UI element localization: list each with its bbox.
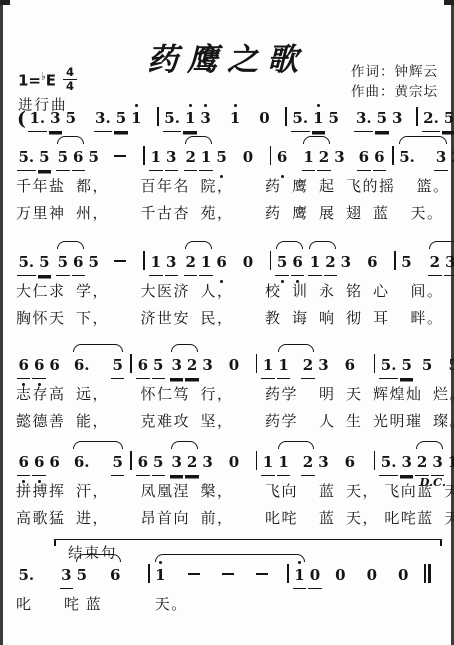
note: 6: [291, 250, 304, 276]
note: 6: [366, 250, 379, 275]
note: 5: [400, 353, 413, 379]
note: 1: [446, 450, 454, 475]
spacer: [414, 266, 427, 267]
spacer: [168, 579, 186, 580]
spacer: [414, 369, 419, 370]
barline-thin: [392, 146, 394, 165]
note: 6: [17, 353, 30, 379]
slur-arc: [416, 441, 443, 449]
spacer: [358, 466, 369, 467]
slur-group: 12: [307, 250, 338, 276]
barline-thin: [424, 564, 426, 583]
note: 5: [275, 250, 288, 276]
barline: [268, 146, 272, 173]
slur-group: 6.5: [71, 353, 125, 379]
note: 2: [301, 450, 314, 476]
note: 2: [415, 450, 428, 476]
barline: [372, 451, 376, 478]
spacer: [272, 122, 280, 123]
note: 0: [365, 563, 378, 588]
note: 6: [357, 145, 370, 171]
note: 6: [215, 250, 228, 275]
note: 2.: [422, 106, 441, 132]
slur-arc: [57, 136, 84, 144]
slur-arc: [309, 241, 336, 249]
spacer: [417, 161, 433, 162]
barline: [128, 451, 132, 478]
spacer: [79, 122, 93, 123]
lyric-line: 志存高 远， 怀仁笃 行， 药学 明 天 辉煌灿 烂。: [16, 385, 446, 406]
slur-group: 12: [276, 450, 316, 476]
note: 3: [170, 450, 183, 476]
octave-dot-up: [298, 561, 301, 564]
note: 0: [334, 563, 347, 588]
note: 5: [64, 106, 77, 131]
note: 5: [375, 106, 388, 132]
slur-arc: [278, 344, 314, 352]
note: 3: [391, 106, 404, 131]
lyric-line: 胸怀天 下， 济世安 民， 教 诲 响 彻 耳 畔。: [16, 309, 446, 330]
note: 3: [165, 145, 178, 171]
note: 3: [49, 106, 62, 132]
note: 1: [261, 450, 274, 476]
slur-arc: [185, 241, 212, 249]
octave-dot-down: [281, 280, 284, 283]
note: 1: [199, 250, 212, 276]
final-barline: [422, 564, 431, 591]
key-prefix: 1=: [18, 72, 41, 90]
note: 0: [397, 563, 410, 588]
lyric-line: 拼搏挥 汗， 凤凰涅 槃， 飞向 蓝 天， 飞向蓝 天。: [16, 482, 446, 503]
notation-row: 6666.5653230112365.32310: [16, 450, 446, 476]
note: 5: [442, 106, 454, 132]
spacer: [213, 122, 227, 123]
spacer: [92, 369, 110, 370]
spacer: [291, 466, 300, 467]
octave-dot-up: [234, 104, 237, 107]
spacer: [354, 266, 365, 267]
system-6: 结束句5.356110000叱 咤 蓝 天。: [16, 539, 446, 616]
note: 3: [431, 450, 444, 476]
slur-group: 11: [153, 563, 308, 591]
dash-note: [222, 573, 234, 575]
octave-dot-up: [159, 561, 162, 564]
barline: [146, 564, 150, 591]
spacer: [101, 161, 112, 162]
slur-group: 21: [183, 250, 214, 276]
spacer: [291, 369, 300, 370]
spacer: [290, 161, 301, 162]
spacer: [331, 466, 342, 467]
parenthesis: (: [17, 108, 26, 130]
note: 5.: [163, 106, 182, 132]
note: 2: [301, 353, 314, 379]
barline-thick: [428, 564, 431, 583]
spacer: [348, 579, 364, 580]
lyric-line: 叱 咤 蓝 天。: [16, 595, 446, 616]
barline: [414, 107, 418, 134]
barline: [254, 354, 258, 381]
slur-group: 56: [55, 145, 86, 171]
barline: [254, 451, 258, 478]
note: 3.: [94, 106, 113, 132]
slur-group: 12: [301, 145, 332, 171]
note: 1: [149, 250, 162, 276]
barline: [141, 251, 145, 278]
slur-group: 56: [274, 250, 305, 276]
spacer: [62, 369, 71, 370]
spacer: [347, 161, 356, 162]
ending-bracket-tick-left: [54, 539, 56, 546]
spacer: [341, 122, 353, 123]
note: 3: [317, 353, 330, 378]
note: 3: [317, 450, 330, 475]
note: 1: [308, 250, 321, 276]
note: 5: [447, 353, 454, 378]
slur-arc: [171, 441, 198, 449]
spacer: [144, 122, 152, 123]
barline-thin: [270, 251, 272, 270]
slur-group: 56: [74, 563, 123, 588]
note: 3: [201, 450, 214, 475]
note: 5: [215, 145, 228, 170]
barline-thin: [143, 251, 145, 270]
spacer: [62, 466, 71, 467]
ending-bracket-line: [54, 539, 442, 540]
slur-arc: [155, 554, 306, 562]
barline-thin: [256, 354, 258, 373]
note: 6: [32, 450, 45, 476]
note: 5: [75, 563, 88, 588]
note: 2: [185, 450, 198, 476]
barline-thin: [157, 107, 159, 126]
photo-corner-left: [0, 0, 10, 5]
note: 5.: [379, 353, 398, 379]
key-note: E: [46, 72, 56, 90]
note: 6: [373, 145, 386, 171]
note: 6: [343, 353, 356, 378]
spacer: [242, 466, 251, 467]
slur-arc: [276, 241, 303, 249]
spacer: [243, 122, 257, 123]
spacer: [128, 266, 138, 267]
note: 1: [154, 563, 167, 588]
barline: [155, 107, 159, 134]
note: 2: [324, 250, 337, 276]
note: 6: [343, 450, 356, 475]
barline-thin: [287, 564, 289, 583]
note: 5: [38, 145, 51, 171]
note: 5.: [398, 145, 417, 170]
barline: [392, 251, 396, 278]
notation-row: (1.353.515.13105.153.532.510): [16, 106, 446, 132]
note: 1: [228, 106, 241, 131]
spacer: [256, 266, 265, 267]
note: 5.: [17, 563, 36, 588]
barline: [390, 146, 394, 173]
system-3: 5.556513216056123652310大仁求 学， 大医济 人， 校 训…: [16, 250, 446, 330]
spacer: [202, 579, 220, 580]
note: 6.: [72, 450, 91, 475]
note: 5: [56, 250, 69, 276]
slur-group: 5.3: [397, 145, 449, 171]
note: 1: [293, 563, 306, 589]
note: 1: [183, 106, 196, 132]
barline-thin: [416, 107, 418, 126]
barline: [141, 146, 145, 173]
slur-group: 21: [183, 145, 214, 171]
notation-row: 5.55651321506123665.320: [16, 145, 446, 171]
note: 3: [165, 250, 178, 276]
slur-arc: [73, 441, 123, 449]
slur-group: 12: [276, 353, 316, 379]
note: 5.: [17, 145, 36, 171]
photo-edge-left: [0, 0, 3, 645]
lyric-line: 懿德善 能， 克难攻 坚， 药学 人 生 光明璀 璨。: [16, 412, 446, 433]
spacer: [92, 466, 110, 467]
notation-row: 5.356110000: [16, 563, 446, 589]
octave-dot-up: [189, 104, 192, 107]
spacer: [242, 369, 251, 370]
barline-thin: [270, 146, 272, 165]
spacer: [37, 579, 59, 580]
key-signature: 1=♭E44: [18, 66, 77, 92]
note: 1: [130, 106, 143, 131]
slur-group: 6.5: [71, 450, 125, 476]
note: 1: [149, 145, 162, 171]
slur-arc: [76, 554, 121, 562]
note: 3: [201, 353, 214, 378]
barline: [285, 564, 289, 591]
note: 0: [258, 106, 271, 131]
photo-corner-right: [444, 0, 454, 5]
note: 6: [48, 450, 61, 475]
note: 6: [48, 353, 61, 378]
slur-group: 32: [169, 450, 200, 476]
system-4: 6666.5653230112365.5550志存高 远， 怀仁笃 行， 药学 …: [16, 353, 446, 433]
credits: 作词：钟辉云 作曲：黄宗坛: [351, 62, 438, 103]
note: 5: [152, 353, 165, 379]
system-1: (1.353.515.13105.153.532.510): [16, 106, 446, 132]
note: 1: [302, 145, 315, 171]
barline-thin: [130, 354, 132, 373]
note: 1.: [28, 106, 47, 132]
lyric-line: 高歌猛 进， 昂首向 前， 叱咤 蓝 天， 叱咤蓝 天。: [16, 509, 446, 530]
lyric-line: 万里神 州， 千古杏 苑， 药 鹰 展 翅 蓝 天。: [16, 204, 446, 225]
lyricist-credit: 作词：钟辉云: [351, 62, 438, 82]
note: 0: [241, 145, 254, 170]
lyric-line: 千年盐 都， 百年名 院， 药 鹰 起 飞的摇 篮。: [16, 177, 446, 198]
barline-thin: [374, 354, 376, 373]
note: 5: [87, 145, 100, 170]
note: 6: [275, 145, 288, 170]
time-signature: 44: [63, 66, 77, 92]
octave-dot-up: [135, 104, 138, 107]
slur-arc: [303, 136, 330, 144]
note: 3: [60, 563, 73, 589]
note: 3: [199, 106, 212, 131]
octave-dot-down: [38, 480, 41, 483]
octave-dot-up: [204, 104, 207, 107]
octave-dot-down: [38, 383, 41, 386]
spacer: [229, 161, 240, 162]
slur-arc: [171, 344, 198, 352]
note: 5.: [17, 250, 36, 276]
note: 5: [111, 450, 124, 476]
spacer: [256, 161, 265, 162]
note: 5: [111, 353, 124, 379]
barline: [268, 251, 272, 278]
spacer: [215, 369, 226, 370]
barline: [128, 354, 132, 381]
note: 0: [227, 450, 240, 475]
system-5: 6666.5653230112365.32310D.C.拼搏挥 汗， 凤凰涅 槃…: [16, 450, 446, 530]
time-denominator: 4: [63, 80, 77, 93]
note: 2: [428, 250, 441, 276]
dash-note: [114, 155, 126, 157]
spacer: [323, 579, 333, 580]
slur-arc: [429, 241, 454, 249]
note: 5: [38, 250, 51, 276]
composer-credit: 作曲：黄宗坛: [351, 82, 438, 102]
note: 6: [72, 145, 85, 171]
note: 0: [308, 563, 321, 589]
da-capo-mark: D.C.: [419, 475, 446, 489]
barline-thin: [394, 251, 396, 270]
note: 6: [17, 450, 30, 476]
slur-arc: [73, 344, 123, 352]
spacer: [270, 579, 282, 580]
note: 3: [333, 145, 346, 170]
note: 3: [444, 250, 454, 276]
spacer: [331, 369, 342, 370]
slur-arc: [57, 241, 84, 249]
notation-row: 6666.5653230112365.5550: [16, 353, 446, 379]
octave-dot-down: [281, 175, 284, 178]
note: 1: [277, 353, 290, 379]
spacer: [380, 266, 389, 267]
note: 1: [277, 450, 290, 476]
dash-note: [188, 573, 200, 575]
dash-note: [256, 573, 268, 575]
note: 5.: [379, 450, 398, 476]
spacer: [405, 122, 411, 123]
slur-group: 56: [55, 250, 86, 276]
note: 6: [72, 250, 85, 276]
note: 5: [114, 106, 127, 132]
slur-arc: [185, 136, 212, 144]
barline-thin: [374, 451, 376, 470]
note: 3: [400, 450, 413, 476]
spacer: [90, 579, 108, 580]
octave-dot-up: [317, 104, 320, 107]
lyric-line: 大仁求 学， 大医济 人， 校 训 永 铭 心 间。: [16, 282, 446, 303]
spacer: [215, 466, 226, 467]
dash-note: [114, 260, 126, 262]
note: 3.: [354, 106, 373, 132]
note: 1: [312, 106, 325, 132]
barline: [283, 107, 287, 134]
note: 5: [327, 106, 340, 131]
ending-bracket-tick-right: [440, 539, 442, 546]
system-2: 5.55651321506123665.320千年盐 都， 百年名 院， 药 鹰…: [16, 145, 446, 225]
barline-thin: [143, 146, 145, 165]
slur-group: 23: [414, 450, 445, 476]
time-numerator: 4: [63, 66, 77, 80]
note: 2: [185, 353, 198, 379]
note: 5: [87, 250, 100, 275]
barline-thin: [130, 451, 132, 470]
slur-arc: [399, 136, 447, 144]
note: 6: [136, 450, 149, 476]
note: 3: [170, 353, 183, 379]
note: 6: [136, 353, 149, 379]
spacer: [411, 579, 419, 580]
barline-thin: [256, 451, 258, 470]
note: 5: [420, 353, 433, 378]
score: (1.353.515.13105.153.532.510)5.556513215…: [16, 106, 446, 616]
slur-arc: [278, 441, 314, 449]
note: 2: [184, 145, 197, 171]
note: 1: [199, 145, 212, 171]
notation-row: 5.556513216056123652310: [16, 250, 446, 276]
note: 6: [32, 353, 45, 379]
barline: [372, 354, 376, 381]
spacer: [128, 161, 138, 162]
note: 3: [339, 250, 352, 275]
slur-group: 231: [427, 250, 454, 276]
note: 2: [317, 145, 330, 171]
note: 5: [56, 145, 69, 171]
spacer: [236, 579, 254, 580]
note: 1: [261, 353, 274, 379]
spacer: [229, 266, 240, 267]
spacer: [358, 369, 369, 370]
note: 5.: [291, 106, 310, 132]
note: 3: [434, 145, 447, 171]
spacer: [380, 579, 396, 580]
slur-group: 32: [169, 353, 200, 379]
spacer: [123, 579, 143, 580]
note: 2: [450, 145, 454, 170]
barline-thin: [285, 107, 287, 126]
spacer: [435, 369, 446, 370]
note: 6: [109, 563, 122, 588]
note: 6.: [72, 353, 91, 378]
note: 5: [152, 450, 165, 476]
note: 0: [241, 250, 254, 275]
note: 2: [184, 250, 197, 276]
note: 5: [400, 250, 413, 275]
spacer: [101, 266, 112, 267]
barline-thin: [148, 564, 150, 583]
note: 0: [227, 353, 240, 378]
